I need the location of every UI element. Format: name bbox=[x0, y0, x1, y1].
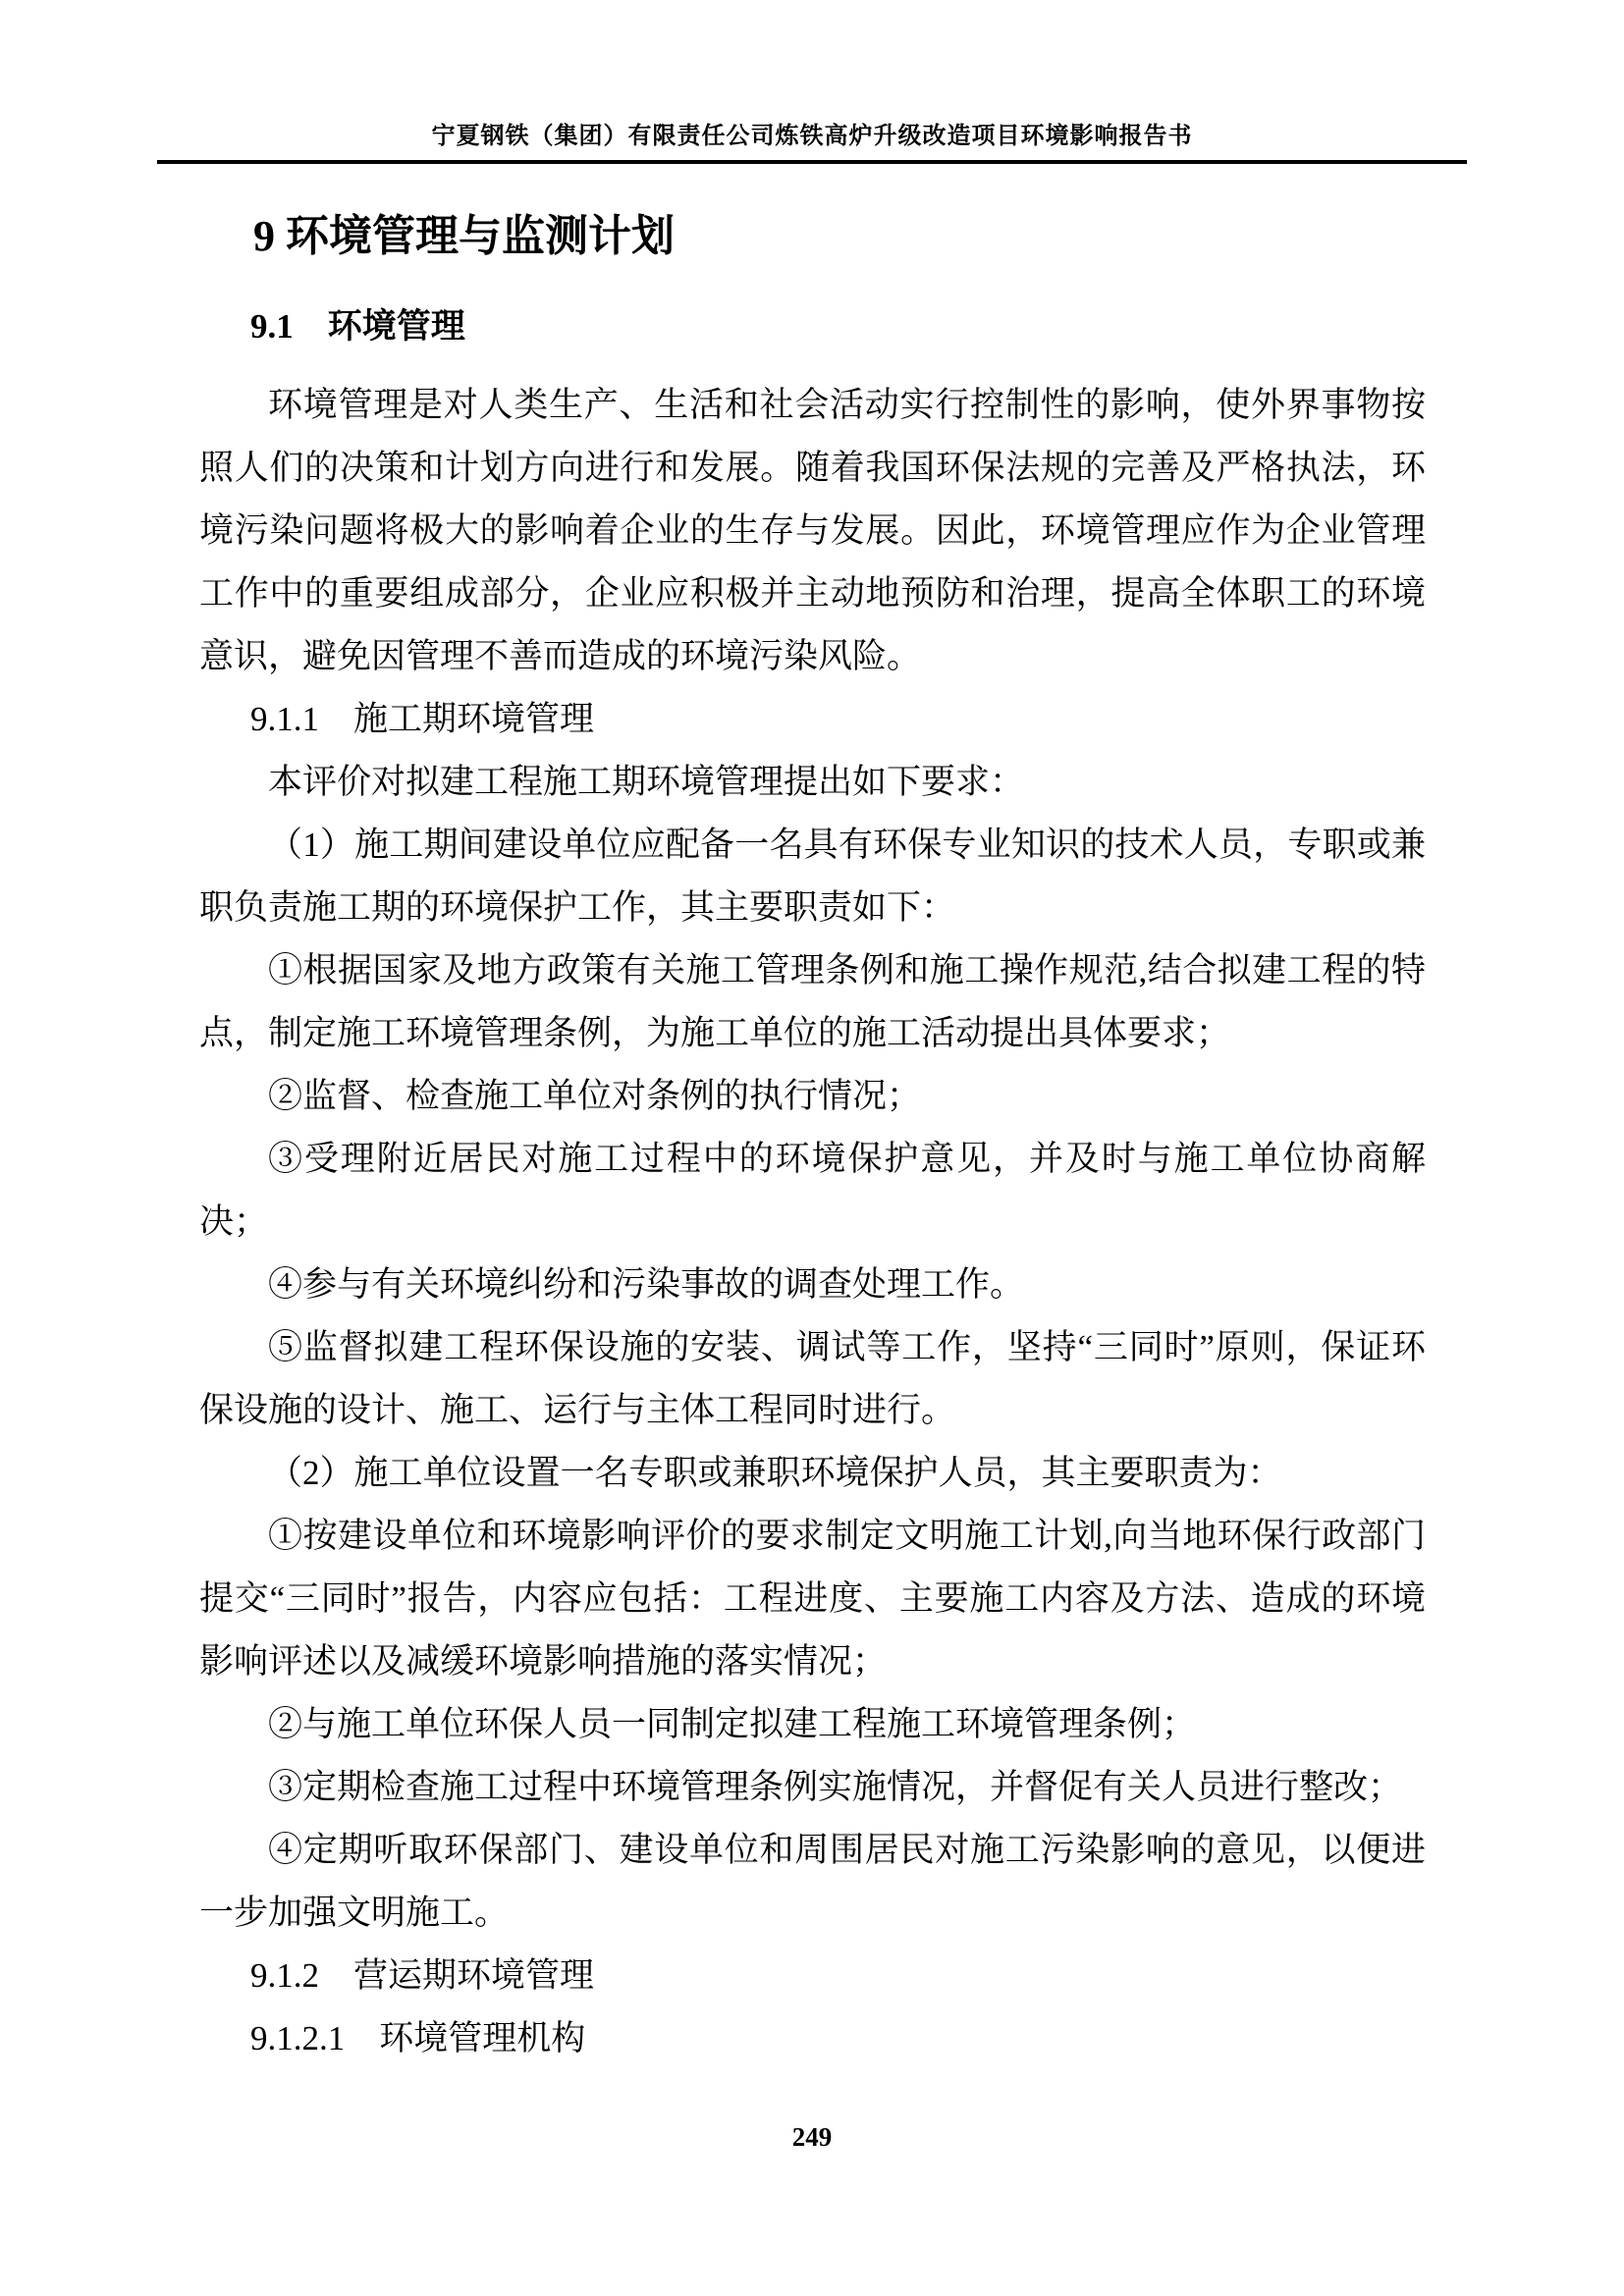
list-item-1: ①根据国家及地方政策有关施工管理条例和施工操作规范,结合拟建工程的特点，制定施工… bbox=[199, 939, 1426, 1065]
paragraph: 本评价对拟建工程施工期环境管理提出如下要求： bbox=[199, 751, 1426, 814]
subsection-title-9-1-1: 9.1.1 施工期环境管理 bbox=[199, 688, 1426, 751]
paragraph: （1）施工期间建设单位应配备一名具有环保专业知识的技术人员，专职或兼职负责施工期… bbox=[199, 814, 1426, 939]
list-item-1: ①按建设单位和环境影响评价的要求制定文明施工计划,向当地环保行政部门提交“三同时… bbox=[199, 1505, 1426, 1693]
subsection-title-9-1-2: 9.1.2 营运期环境管理 bbox=[199, 1945, 1426, 2007]
section-title-9-1: 9.1 环境管理 bbox=[199, 299, 1426, 354]
paragraph: 环境管理是对人类生产、生活和社会活动实行控制性的影响，使外界事物按照人们的决策和… bbox=[199, 374, 1426, 688]
list-item-5: ⑤监督拟建工程环保设施的安装、调试等工作，坚持“三同时”原则，保证环保设施的设计… bbox=[199, 1316, 1426, 1442]
list-item-4: ④定期听取环保部门、建设单位和周围居民对施工污染影响的意见，以便进一步加强文明施… bbox=[199, 1819, 1426, 1945]
list-item-3: ③定期检查施工过程中环境管理条例实施情况，并督促有关人员进行整改； bbox=[199, 1756, 1426, 1819]
report-header-title: 宁夏钢铁（集团）有限责任公司炼铁高炉升级改造项目环境影响报告书 bbox=[0, 116, 1624, 150]
page-footer: 249 bbox=[0, 2122, 1624, 2153]
list-item-3: ③受理附近居民对施工过程中的环境保护意见，并及时与施工单位协商解决； bbox=[199, 1128, 1426, 1254]
list-item-4: ④参与有关环境纠纷和污染事故的调查处理工作。 bbox=[199, 1254, 1426, 1316]
paragraph: （2）施工单位设置一名专职或兼职环境保护人员，其主要职责为： bbox=[199, 1442, 1426, 1505]
subsection-title-9-1-2-1: 9.1.2.1 环境管理机构 bbox=[199, 2007, 1426, 2070]
list-item-2: ②与施工单位环保人员一同制定拟建工程施工环境管理条例； bbox=[199, 1693, 1426, 1756]
page-content: 9 环境管理与监测计划 9.1 环境管理 环境管理是对人类生产、生活和社会活动实… bbox=[0, 209, 1624, 2070]
document-page: 宁夏钢铁（集团）有限责任公司炼铁高炉升级改造项目环境影响报告书 9 环境管理与监… bbox=[0, 0, 1624, 2296]
page-number: 249 bbox=[792, 2122, 833, 2152]
page-header: 宁夏钢铁（集团）有限责任公司炼铁高炉升级改造项目环境影响报告书 bbox=[0, 0, 1624, 164]
header-rule bbox=[157, 160, 1467, 164]
list-item-2: ②监督、检查施工单位对条例的执行情况； bbox=[199, 1065, 1426, 1128]
chapter-title: 9 环境管理与监测计划 bbox=[199, 209, 1426, 264]
